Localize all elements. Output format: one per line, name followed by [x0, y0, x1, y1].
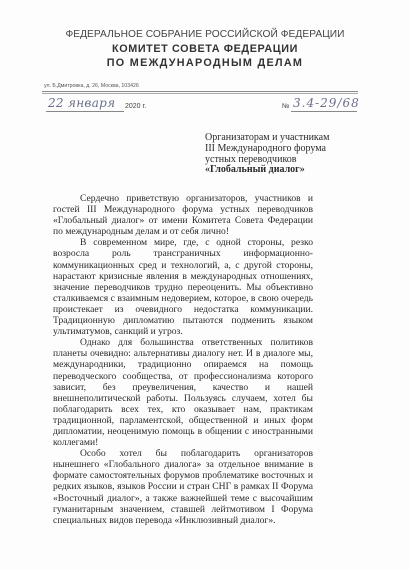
letterhead-divider-secondary: [42, 93, 358, 94]
body-paragraph: В современном мире, где, с одной стороны…: [53, 237, 313, 337]
addressee-line: III Международного форума: [205, 144, 329, 155]
addressee-forum-name: «Глобальный диалог»: [205, 165, 329, 176]
date-handwritten: 22 января: [48, 96, 115, 110]
letterhead-federal-assembly: ФЕДЕРАЛЬНОЕ СОБРАНИЕ РОССИЙСКОЙ ФЕДЕРАЦИ…: [0, 29, 410, 40]
letter-body: Сердечно приветствую организаторов, учас…: [53, 193, 313, 526]
body-paragraph: Особо хотел бы поблагодарить организатор…: [53, 448, 313, 526]
body-paragraph: Однако для большинства ответственных пол…: [53, 337, 313, 448]
letterhead-committee: КОМИТЕТ СОВЕТА ФЕДЕРАЦИИ: [0, 43, 410, 55]
date-year: 2020 г.: [125, 103, 146, 110]
letter-page: ФЕДЕРАЛЬНОЕ СОБРАНИЕ РОССИЙСКОЙ ФЕДЕРАЦИ…: [0, 0, 410, 570]
date-underline: [46, 111, 124, 112]
document-number-handwritten: 3.4-29/68: [293, 96, 360, 110]
number-label: №: [282, 103, 290, 110]
letterhead-committee-subtitle: ПО МЕЖДУНАРОДНЫМ ДЕЛАМ: [0, 57, 410, 69]
body-paragraph: Сердечно приветствую организаторов, учас…: [53, 193, 313, 237]
letterhead-address: ул. Б.Дмитровка, д. 26, Москва, 103426: [44, 83, 139, 89]
letterhead-divider: [42, 91, 358, 92]
addressee-block: Организаторам и участникам III Междунаро…: [205, 133, 329, 176]
number-underline: [291, 111, 357, 112]
